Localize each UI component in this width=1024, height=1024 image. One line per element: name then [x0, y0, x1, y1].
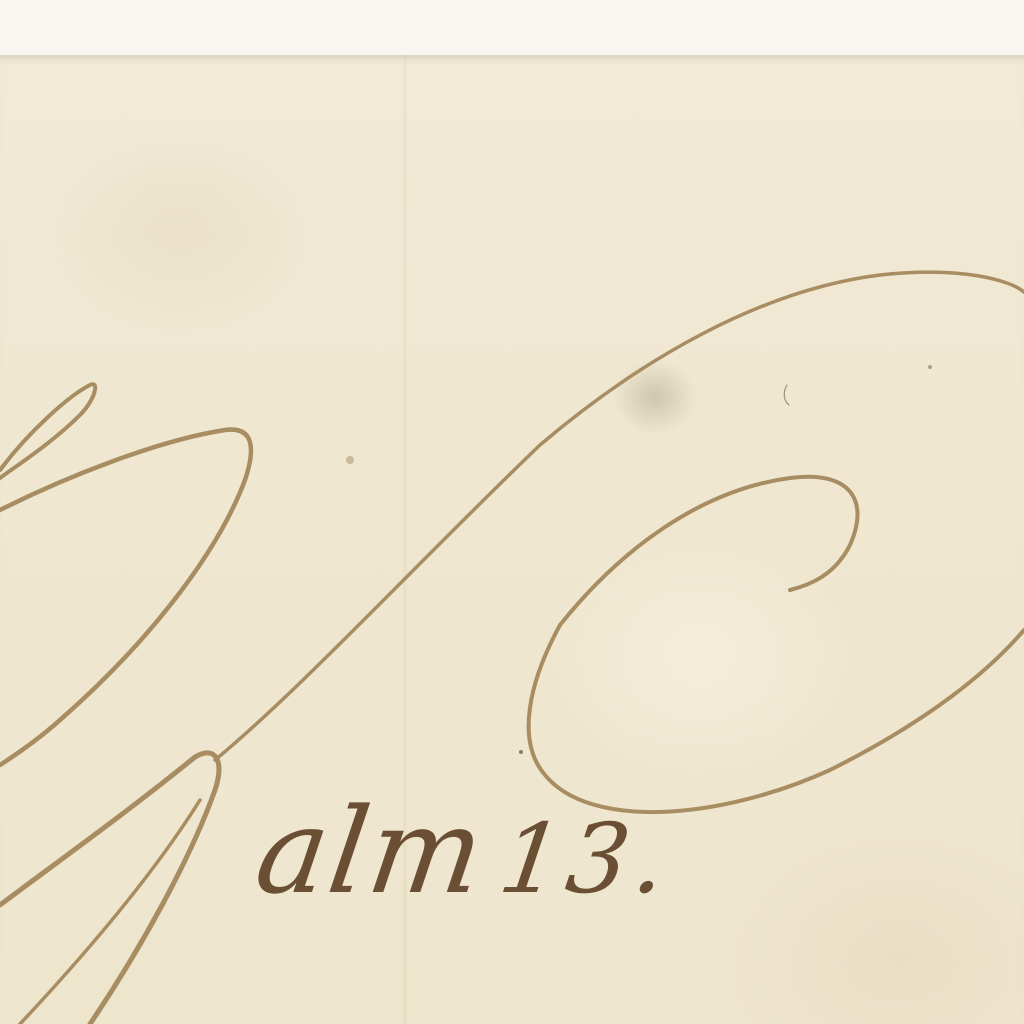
scanned-page: alm13. [0, 0, 1024, 1024]
caption-number: 13. [493, 803, 679, 915]
psalm-caption: alm13. [250, 792, 681, 910]
caption-word: alm [248, 782, 493, 920]
